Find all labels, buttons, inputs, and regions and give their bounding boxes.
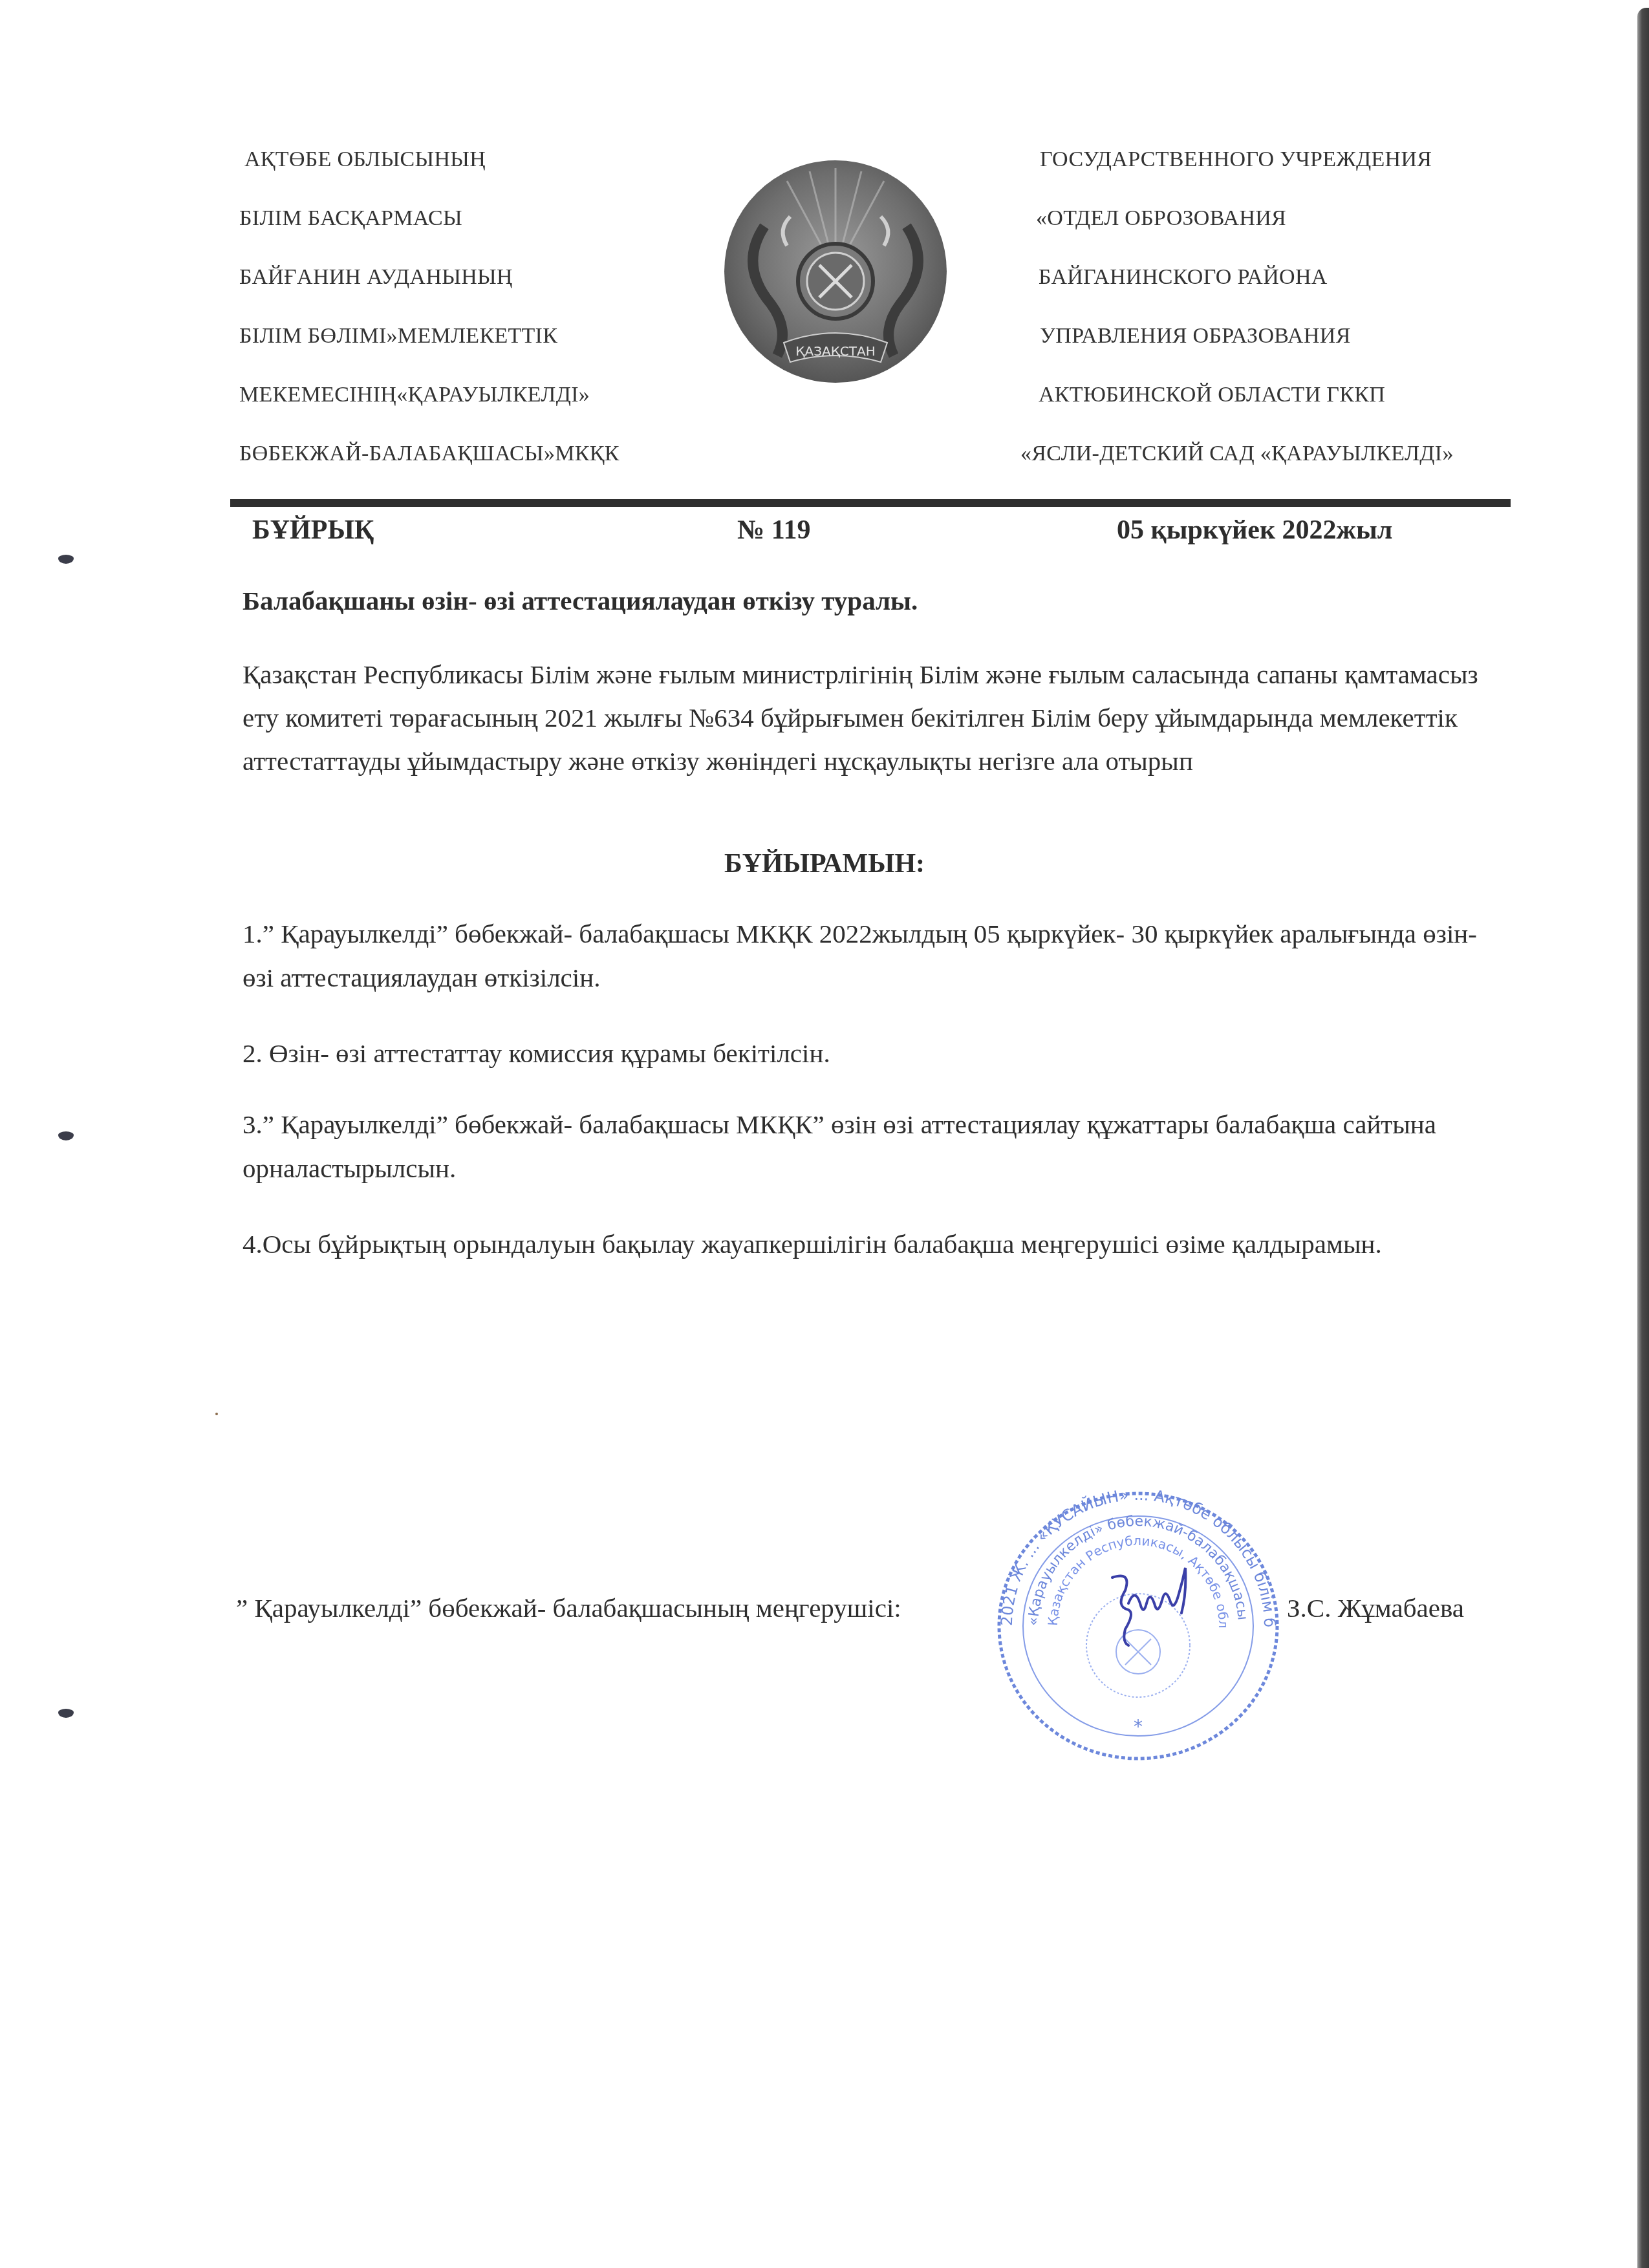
order-item-1: 1.” Қарауылкелді” бөбекжай- балабақшасы …: [242, 912, 1497, 1000]
order-item-4: 4.Осы бұйрықтың орындалуын бақылау жауап…: [242, 1222, 1497, 1266]
header-line: БІЛІМ БӨЛІМІ»МЕМЛЕКЕТТІК: [239, 325, 620, 384]
header-line: ГОСУДАРСТВЕННОГО УЧРЕЖДЕНИЯ: [1020, 149, 1454, 208]
order-subject: Балабақшаны өзін- өзі аттестациялаудан ө…: [242, 585, 918, 616]
header-line: БАЙҒАНИН АУДАНЫНЫҢ: [239, 266, 620, 325]
header-line: «ЯСЛИ-ДЕТСКИЙ САД «ҚАРАУЫЛКЕЛДІ»: [1020, 443, 1454, 502]
order-info-row: БҰЙРЫҚ № 119 05 қыркүйек 2022жыл: [239, 511, 1494, 550]
order-item-3: 3.” Қарауылкелді” бөбекжай- балабақшасы …: [242, 1102, 1497, 1190]
header-line: АҚТӨБЕ ОБЛЫСЫНЫҢ: [239, 149, 620, 208]
order-item-2: 2. Өзін- өзі аттестаттау комиссия құрамы…: [242, 1031, 1497, 1075]
header-line: БІЛІМ БАСҚАРМАСЫ: [239, 208, 620, 266]
header-kazakh: АҚТӨБЕ ОБЛЫСЫНЫҢ БІЛІМ БАСҚАРМАСЫ БАЙҒАН…: [239, 149, 620, 502]
header-line: УПРАВЛЕНИЯ ОБРАЗОВАНИЯ: [1020, 325, 1454, 384]
punch-hole-mark: [58, 1131, 74, 1140]
emblem-caption: ҚАЗАҚСТАН: [795, 343, 876, 359]
order-date: 05 қыркүйек 2022жыл: [1117, 511, 1392, 550]
handwritten-signature-icon: [1093, 1565, 1235, 1649]
signatory-position: ” Қарауылкелді” бөбекжай- балабақшасының…: [236, 1592, 901, 1623]
header-line: АКТЮБИНСКОЙ ОБЛАСТИ ГККП: [1020, 384, 1454, 443]
header-russian: ГОСУДАРСТВЕННОГО УЧРЕЖДЕНИЯ «ОТДЕЛ ОБРОЗ…: [1020, 149, 1454, 502]
state-emblem-icon: ҚАЗАҚСТАН: [719, 155, 952, 388]
order-title: БҰЙРЫҚ: [252, 511, 374, 550]
signatory-name: З.С. Жұмабаева: [1287, 1592, 1464, 1623]
preamble-paragraph: Қазақстан Республикасы Білім және ғылым …: [242, 653, 1497, 783]
scan-speck: [215, 1413, 218, 1415]
punch-hole-mark: [58, 1709, 74, 1718]
punch-hole-mark: [58, 555, 74, 564]
header-line: БӨБЕКЖАЙ-БАЛАБАҚШАСЫ»МКҚК: [239, 443, 620, 502]
decree-heading: БҰЙЫРАМЫН:: [0, 848, 1649, 879]
header-divider: [230, 499, 1511, 507]
header-line: МЕКЕМЕСІНІҢ«ҚАРАУЫЛКЕЛДІ»: [239, 384, 620, 443]
header-line: «ОТДЕЛ ОБРОЗОВАНИЯ: [1020, 208, 1454, 266]
svg-text:*: *: [1134, 1716, 1143, 1737]
order-number: № 119: [737, 511, 810, 550]
scan-edge-shadow: [1637, 8, 1649, 2268]
header-line: БАЙГАНИНСКОГО РАЙОНА: [1020, 266, 1454, 325]
